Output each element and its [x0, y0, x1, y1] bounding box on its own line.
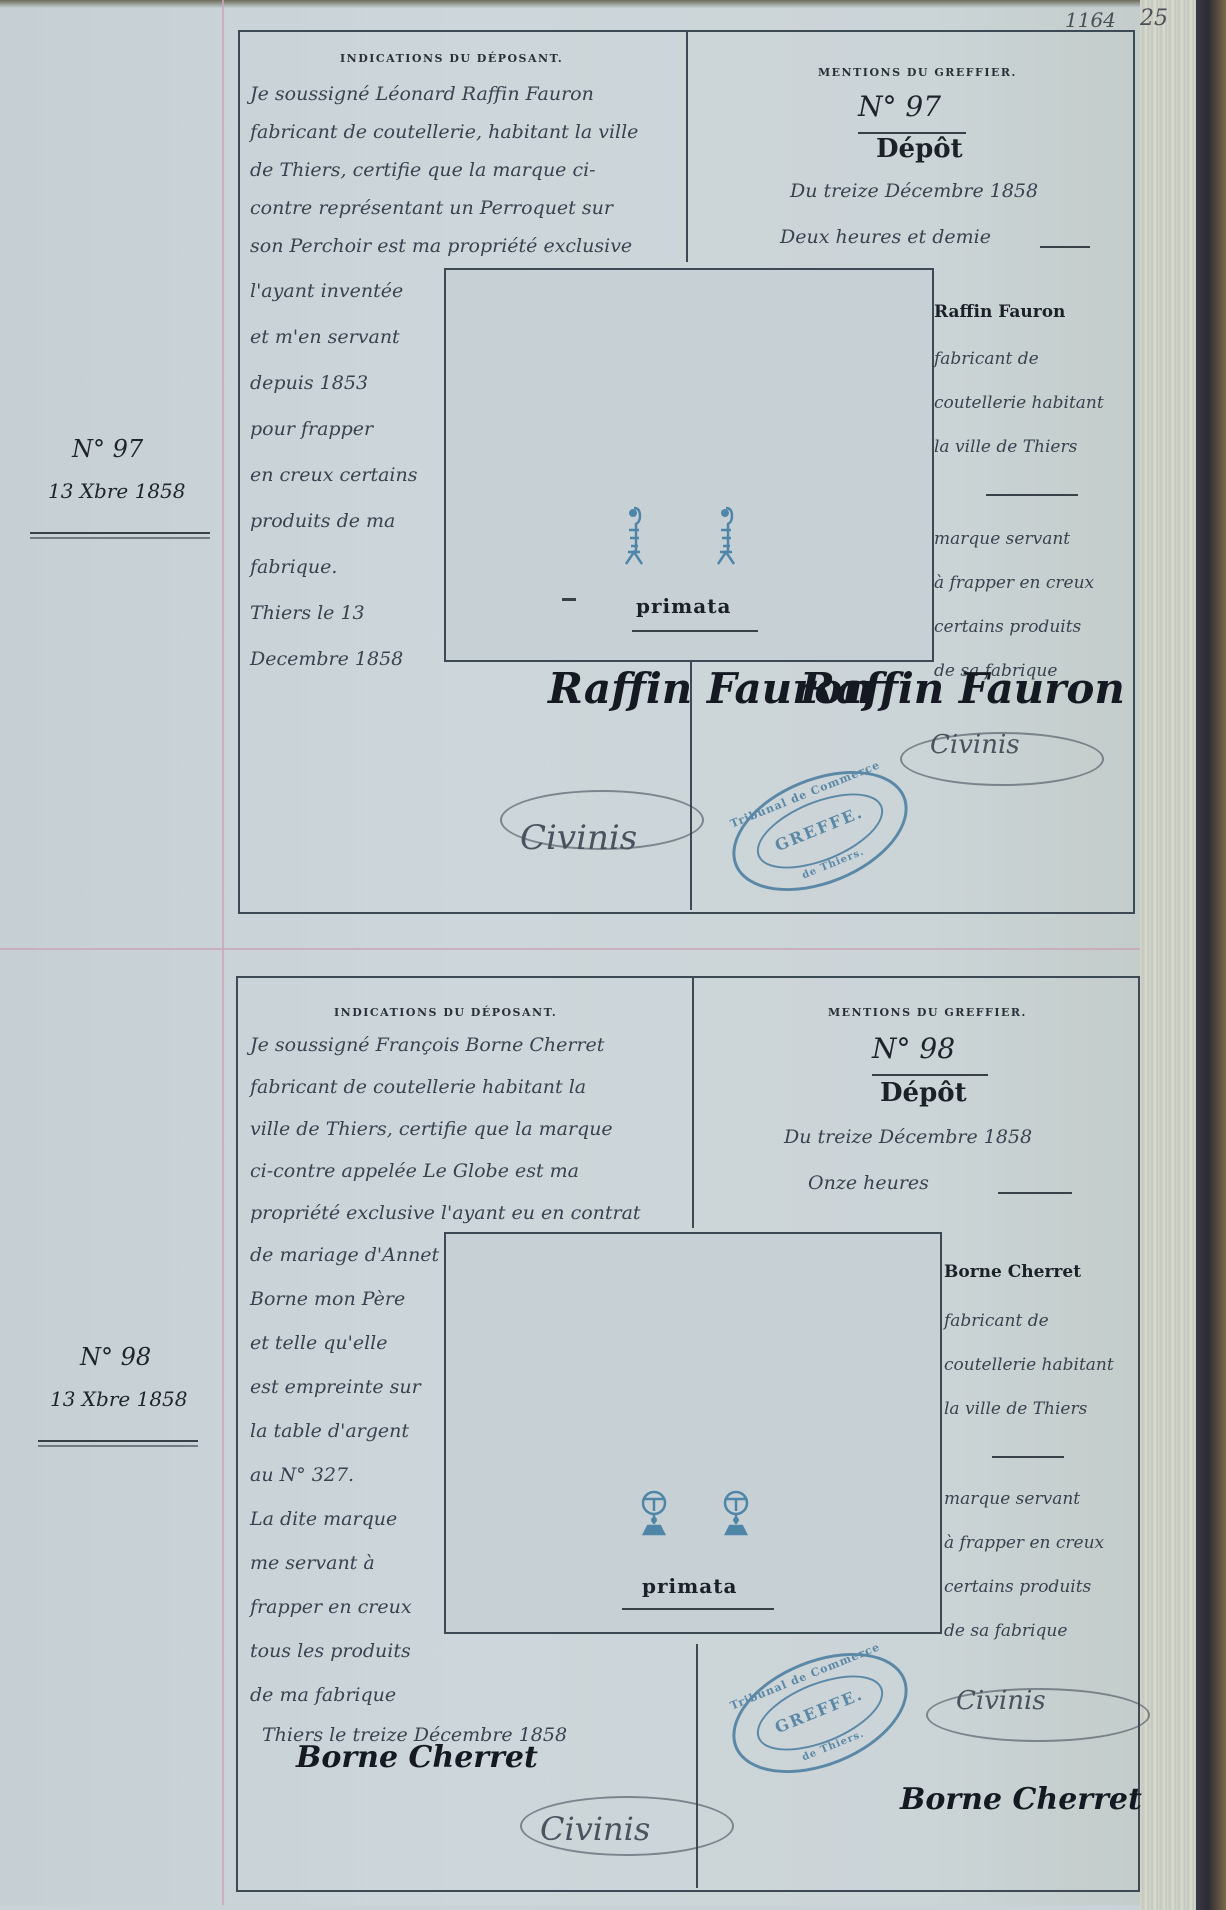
depositor-line: fabricant de coutellerie habitant la	[250, 1068, 586, 1106]
depositor-side-line: la table d'argent	[250, 1412, 409, 1450]
clerk-signature-clerk-column: Civinis	[956, 1686, 1046, 1716]
mark-box: primata	[444, 268, 934, 662]
depositor-side-line: produits de ma	[250, 502, 395, 540]
clerk-title: Dépôt	[880, 1078, 967, 1108]
clerk-mark-line: de sa fabrique	[944, 1612, 1067, 1650]
depositor-signature-clerk-column: Raffin Fauron	[800, 664, 1125, 713]
depositor-signature-clerk-column: Borne Cherret	[900, 1782, 1142, 1817]
depositor-signature: Borne Cherret	[296, 1740, 538, 1775]
clerk-signature: Civinis	[520, 818, 637, 858]
depositor-line: de Thiers, certifie que la marque ci-	[250, 151, 596, 189]
mark-label: primata	[636, 594, 731, 618]
clerk-mark-line: marque servant	[934, 520, 1070, 558]
depositor-side-line: Thiers le 13	[250, 594, 365, 632]
depositor-side-line: Borne mon Père	[250, 1280, 405, 1318]
margin-rule	[38, 1445, 198, 1447]
column-divider	[686, 30, 688, 262]
depositor-side-line: en creux certains	[250, 456, 417, 494]
margin-date: 13 Xbre 1858	[48, 472, 186, 510]
depositor-line: propriété exclusive l'ayant eu en contra…	[250, 1194, 641, 1232]
clerk-date: Du treize Décembre 1858	[784, 1118, 1032, 1156]
mark-label-underline	[632, 630, 758, 632]
globe-on-stand-icon	[638, 1490, 670, 1538]
clerk-depositor-name: Raffin Fauron	[934, 302, 1065, 322]
depositor-side-line: est empreinte sur	[250, 1368, 421, 1406]
number-underline	[872, 1074, 988, 1076]
parrot-on-perch-icon	[622, 504, 646, 568]
clerk-mark-line: marque servant	[944, 1480, 1080, 1518]
depositor-side-line: frapper en creux	[250, 1588, 412, 1626]
margin-rule-vertical	[222, 0, 224, 1905]
clerk-mark-line: certains produits	[944, 1568, 1091, 1606]
depositor-side-line: La dite marque	[250, 1500, 397, 1538]
margin-rule	[38, 1440, 198, 1442]
time-rule	[998, 1192, 1072, 1194]
clerk-desc-line: la ville de Thiers	[944, 1390, 1087, 1428]
globe-on-stand-icon	[720, 1490, 752, 1538]
depositor-header: Indications du déposant.	[340, 52, 563, 65]
depositor-side-line: fabrique.	[250, 548, 337, 586]
depositor-line: ville de Thiers, certifie que la marque	[250, 1110, 613, 1148]
margin-rule	[30, 532, 210, 534]
clerk-mark-line: à frapper en creux	[944, 1524, 1104, 1562]
depositor-line: ci-contre appelée Le Globe est ma	[250, 1152, 579, 1190]
clerk-desc-line: coutellerie habitant	[934, 384, 1104, 422]
depositor-side-line: et m'en servant	[250, 318, 400, 356]
mark-box: primata	[444, 1232, 942, 1634]
depositor-line: contre représentant un Perroquet sur	[250, 189, 613, 227]
mark-label: primata	[642, 1574, 737, 1598]
parrot-on-perch-icon	[714, 504, 738, 568]
clerk-desc-line: la ville de Thiers	[934, 428, 1077, 466]
depositor-side-line: Decembre 1858	[250, 640, 403, 678]
section-rule	[986, 494, 1078, 496]
clerk-mark-line: à frapper en creux	[934, 564, 1094, 602]
margin-date: 13 Xbre 1858	[50, 1380, 188, 1418]
book-cover	[1196, 0, 1226, 1910]
clerk-number: N° 97	[858, 88, 941, 126]
clerk-number: N° 98	[872, 1030, 955, 1068]
book-page-edges	[1140, 0, 1200, 1910]
time-rule	[1040, 246, 1090, 248]
clerk-time: Deux heures et demie	[780, 218, 991, 256]
depositor-side-line: depuis 1853	[250, 364, 368, 402]
clerk-desc-line: fabricant de	[934, 340, 1039, 378]
pencil-number: 1164	[1065, 8, 1116, 32]
depositor-side-line: de ma fabrique	[250, 1676, 396, 1714]
margin-rule	[30, 537, 210, 539]
margin-number: N° 97	[72, 430, 143, 468]
clerk-desc-line: coutellerie habitant	[944, 1346, 1114, 1384]
column-divider	[692, 976, 694, 1228]
clerk-date: Du treize Décembre 1858	[790, 172, 1038, 210]
depositor-header: Indications du déposant.	[334, 1006, 557, 1019]
margin-rule-horizontal	[0, 948, 1140, 950]
folio-number: 25	[1140, 6, 1168, 31]
depositor-line: son Perchoir est ma propriété exclusive	[250, 227, 632, 265]
depositor-side-line: tous les produits	[250, 1632, 411, 1670]
depositor-side-line: au N° 327.	[250, 1456, 354, 1494]
depositor-line: Je soussigné Léonard Raffin Fauron	[250, 75, 594, 113]
mark-label-underline	[622, 1608, 774, 1610]
page-top-shadow	[0, 0, 1226, 8]
depositor-side-line: me servant à	[250, 1544, 375, 1582]
depositor-side-line: de mariage d'Annet	[250, 1236, 439, 1274]
clerk-signature: Civinis	[540, 1810, 650, 1848]
clerk-title: Dépôt	[876, 134, 963, 164]
dash-mark	[562, 598, 576, 601]
clerk-signature-clerk-column: Civinis	[930, 730, 1020, 760]
clerk-header: Mentions du greffier.	[818, 66, 1017, 79]
clerk-mark-line: certains produits	[934, 608, 1081, 646]
margin-number: N° 98	[80, 1338, 151, 1376]
depositor-side-line: et telle qu'elle	[250, 1324, 388, 1362]
clerk-desc-line: fabricant de	[944, 1302, 1049, 1340]
clerk-header: Mentions du greffier.	[828, 1006, 1027, 1019]
section-rule	[992, 1456, 1064, 1458]
depositor-line: Je soussigné François Borne Cherret	[250, 1026, 604, 1064]
clerk-time: Onze heures	[808, 1164, 929, 1202]
depositor-side-line: l'ayant inventée	[250, 272, 403, 310]
depositor-side-line: pour frapper	[250, 410, 373, 448]
depositor-line: fabricant de coutellerie, habitant la vi…	[250, 113, 638, 151]
column-divider	[696, 1644, 698, 1888]
clerk-depositor-name: Borne Cherret	[944, 1262, 1081, 1282]
